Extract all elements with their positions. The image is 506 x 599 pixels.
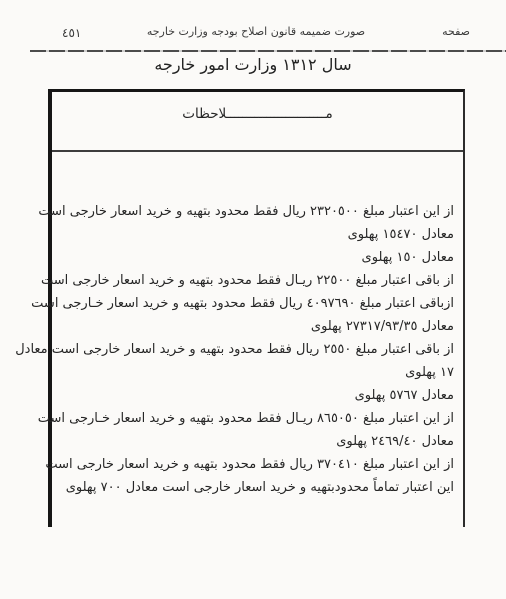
header-divider [30, 50, 506, 52]
note-line: معادل ٥٧٦٧ پهلوى [66, 384, 454, 407]
page-label: صفحه [442, 25, 470, 38]
note-line: از اين اعتبار مبلغ ٨٦٥٠٥٠ ريـال فقط محدو… [66, 407, 454, 430]
note-line: معادل ٢٤٦٩/٤٠ پهلوى [66, 430, 454, 453]
notes-table: مـــــــــــــــــــــــــلاحظات از اين … [48, 89, 465, 527]
note-line: ١٧ پهلوى [66, 361, 454, 384]
note-line: از اين اعتبار مبلغ ٣٧٠٤١٠ ريال فقط محدود… [66, 453, 454, 476]
note-line: ازباقى اعتبار مبلغ ٤٠٩٧٦٩٠ ريال فقط محدو… [66, 292, 454, 315]
note-line: از باقى اعتبار مبلغ ٢٥٥٠ ريال فقط محدود … [66, 338, 454, 361]
notes-body: از اين اعتبار مبلغ ٢٣٢٠٥٠٠ ريال فقط محدو… [66, 200, 454, 499]
note-line: از اين اعتبار مبلغ ٢٣٢٠٥٠٠ ريال فقط محدو… [66, 200, 454, 223]
note-line: از باقى اعتبار مبلغ ٢٢٥٠٠ ريـال فقط محدو… [66, 269, 454, 292]
note-line: معادل ١٥٠ پهلوى [66, 246, 454, 269]
note-line: معادل ٢٧٣١٧/٩٣/٣٥ پهلوى [66, 315, 454, 338]
running-title: صورت ضميمه قانون اصلاح بودجه وزارت خارجه [108, 25, 404, 38]
note-line: معادل ١٥٤٧٠ پهلوى [66, 223, 454, 246]
section-title: سال ١٣١٢ وزارت امور خارجه [0, 55, 506, 74]
notes-column-header: مـــــــــــــــــــــــــلاحظات [52, 106, 463, 122]
note-line: اين اعتبار تماماً محدودبتهيه و خريد اسعا… [66, 476, 454, 499]
page-number: ٤٥١ [62, 26, 81, 40]
running-header: ٤٥١ صورت ضميمه قانون اصلاح بودجه وزارت خ… [0, 25, 506, 45]
column-header-divider [52, 150, 463, 152]
scanned-document-page: ٤٥١ صورت ضميمه قانون اصلاح بودجه وزارت خ… [0, 0, 506, 599]
